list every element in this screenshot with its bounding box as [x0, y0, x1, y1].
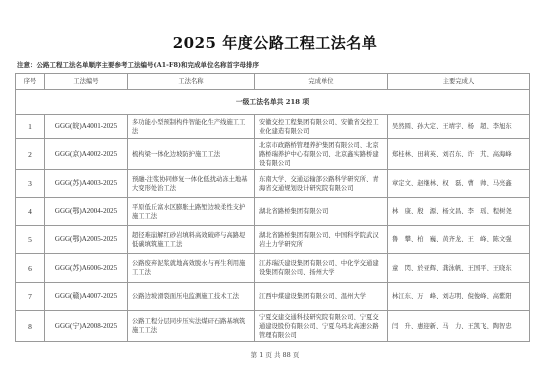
method-name: 公路边坡滑裂面压电监测施工技术工法 [128, 283, 255, 311]
method-name: 平原低丘富水区膨胀土路堑边坡柔性支护施工工法 [128, 198, 255, 226]
completing-units: 江苏瑞沃建设集团有限公司、中化学交通建设集团有限公司、扬州大学 [255, 254, 388, 283]
document-title: 2025 年度公路工程工法名单 [0, 32, 550, 53]
column-header-units: 完成单位 [255, 74, 388, 90]
completing-units: 宁夏交建交通科技研究院有限公司、宁夏交通建设股份有限公司、宁夏乌玛北高速公路管理… [255, 311, 388, 342]
method-code: GGG(皖)A4001-2025 [45, 115, 128, 139]
row-index: 3 [16, 170, 45, 198]
column-header-code: 工法编号 [45, 74, 128, 90]
row-index: 6 [16, 254, 45, 283]
main-contributors: 林江东、万 峰、刘志明、倪俊峰、高紫阳 [388, 283, 530, 311]
method-code: GGG(苏)A6006-2025 [45, 254, 128, 283]
row-index: 1 [16, 115, 45, 139]
method-name: 预融-注浆协同修复一体化低扰动冻土地基大变形处治工法 [128, 170, 255, 198]
table-row: 6GGG(苏)A6006-2025公路废弃泥浆就地高效脱水与再生利用施工工法江苏… [16, 254, 530, 283]
table-row: 2GGG(京)A4002-2025梳构梁一体化边坡防护施工工法北京市政路桥管理养… [16, 139, 530, 170]
main-contributors: 吴然圆、孙大定、王靖宇、杨 超、李旭东 [388, 115, 530, 139]
method-name: 多功能小型预制构件智能化生产线施工工法 [128, 115, 255, 139]
table-row: 8GGG(宁)A2008-2025公路工程分层同步压实法煤矸石路基填筑施工工法宁… [16, 311, 530, 342]
completing-units: 东南大学、交通运输部公路科学研究所、青海省交通规划设计研究院有限公司 [255, 170, 388, 198]
column-header-index: 序号 [16, 74, 45, 90]
completing-units: 北京市政路桥管理养护集团有限公司、北京路桥瑞养护中心有限公司、北京鑫实路桥建设有… [255, 139, 388, 170]
table-header-row: 序号 工法编号 工法名称 完成单位 主要完成人 [16, 74, 530, 90]
table-row: 1GGG(皖)A4001-2025多功能小型预制构件智能化生产线施工工法安徽交控… [16, 115, 530, 139]
table-row: 3GGG(苏)A4003-2025预融-注浆协同修复一体化低扰动冻土地基大变形处… [16, 170, 530, 198]
completing-units: 湖北省路桥集团有限公司、中国科学院武汉岩土力学研究所 [255, 226, 388, 254]
document-note: 注意：公路工程工法名单顺序主要参考工法编号(A1-F8)和完成单位名称首字母排序 [17, 60, 259, 69]
table-row: 5GGG(鄂)A2005-2025超径难崩解红砂岩填料高效破碎与高路堤低碳填筑施… [16, 226, 530, 254]
completing-units: 湖北省路桥集团有限公司 [255, 198, 388, 226]
row-index: 4 [16, 198, 45, 226]
method-code: GGG(鄂)A2005-2025 [45, 226, 128, 254]
table-row: 7GGG(赣)A4007-2025公路边坡滑裂面压电监测施工技术工法江西中煤建设… [16, 283, 530, 311]
main-contributors: 童 閃、於亚辉、龚泳帆、王国平、王晓东 [388, 254, 530, 283]
method-name: 超径难崩解红砂岩填料高效破碎与高路堤低碳填筑施工工法 [128, 226, 255, 254]
table-row: 4GGG(鄂)A2004-2025平原低丘富水区膨胀土路堑边坡柔性支护施工工法湖… [16, 198, 530, 226]
main-contributors: 章定文、赵继林、权 磊、曹 帅、马亮鑫 [388, 170, 530, 198]
row-index: 5 [16, 226, 45, 254]
method-code: GGG(鄂)A2004-2025 [45, 198, 128, 226]
main-contributors: 林 康、殷 源、杨文昌、李 瑶、程树尧 [388, 198, 530, 226]
row-index: 7 [16, 283, 45, 311]
method-code: GGG(苏)A4003-2025 [45, 170, 128, 198]
row-index: 2 [16, 139, 45, 170]
column-header-people: 主要完成人 [388, 74, 530, 90]
method-name: 公路废弃泥浆就地高效脱水与再生利用施工工法 [128, 254, 255, 283]
page-footer: 第 1 页 共 88 页 [0, 350, 550, 359]
method-code: GGG(京)A4002-2025 [45, 139, 128, 170]
method-name: 公路工程分层同步压实法煤矸石路基填筑施工工法 [128, 311, 255, 342]
main-contributors: 郑桂林、田莉英、刘召东、许 艽、高海峰 [388, 139, 530, 170]
column-header-name: 工法名称 [128, 74, 255, 90]
section-header-row: 一级工法名单共 218 项 [16, 90, 530, 115]
method-name: 梳构梁一体化边坡防护施工工法 [128, 139, 255, 170]
main-contributors: 闫 升、惠迎新、马 力、王凯飞、陶智忠 [388, 311, 530, 342]
row-index: 8 [16, 311, 45, 342]
section-title: 一级工法名单共 218 项 [16, 90, 530, 115]
method-code: GGG(赣)A4007-2025 [45, 283, 128, 311]
main-contributors: 鲁 攀、柏 巍、黄齐龙、王 峰、陈文强 [388, 226, 530, 254]
completing-units: 安徽交控工程集团有限公司、安徽省交控工业化建造有限公司 [255, 115, 388, 139]
method-code: GGG(宁)A2008-2025 [45, 311, 128, 342]
method-list-table: 序号 工法编号 工法名称 完成单位 主要完成人 一级工法名单共 218 项 1G… [15, 73, 530, 342]
completing-units: 江西中煤建设集团有限公司、温州大学 [255, 283, 388, 311]
